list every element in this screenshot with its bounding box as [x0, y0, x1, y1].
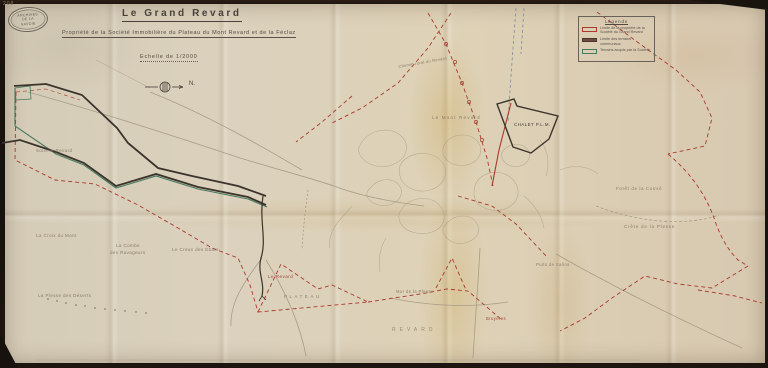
legend-swatch-green-outline	[582, 49, 597, 54]
map-label: Crête de la Plesse	[624, 224, 675, 229]
scanned-map-sheet: 208 ARCHIVESDE LASAVOIE Le Grand Revard …	[0, 0, 768, 368]
green-boundaries	[15, 86, 267, 207]
map-label: Le Revard	[268, 274, 293, 279]
sheet-number: 208	[3, 1, 14, 7]
map-label: Puits de Salins	[536, 262, 570, 267]
map-label: La Plesse des Déserts	[38, 293, 91, 298]
map-label: Sous le Revard	[36, 148, 72, 153]
legend-item-label: Terrains acquis par la Société	[600, 48, 650, 52]
legend-item: Terrains acquis par la Société	[579, 48, 654, 54]
legend-item-label: Limite des terrains communaux	[600, 37, 651, 46]
map-label: Bruyères	[486, 316, 506, 321]
north-compass: N.	[143, 78, 197, 96]
map-label: REVARD	[392, 327, 436, 333]
map-label: Le Creux des Ébats	[172, 247, 219, 252]
legend-swatch-red-outline	[582, 27, 597, 32]
map-scale-label: Echelle de 1/2000	[140, 54, 198, 62]
legend-items: Limite de la propriété de la Société du …	[579, 26, 654, 54]
legend-item-label: Limite de la propriété de la Société du …	[600, 26, 651, 35]
survey-dots	[47, 298, 146, 313]
map-label: Mur de la Plesse	[396, 289, 434, 294]
map-label: La Croix du Mont	[36, 233, 77, 238]
map-label: La Combe	[116, 243, 140, 248]
map-label: CHALET P.L.M.	[514, 122, 551, 127]
map-subtitle: Propriété de la Société Immobilière du P…	[62, 30, 296, 38]
map-label: Le Mont Revard	[432, 115, 481, 120]
legend-swatch-dark-line	[582, 38, 597, 42]
legend-box: Légende Limite de la propriété de la Soc…	[578, 16, 655, 62]
archive-stamp-line: SAVOIE	[18, 21, 39, 27]
legend-item: Limite de la propriété de la Société du …	[579, 26, 654, 35]
north-label: N.	[189, 81, 195, 87]
map-label: Forêt de la Comté	[616, 186, 662, 191]
map-title: Le Grand Revard	[122, 8, 242, 22]
legend-item: Limite des terrains communaux	[579, 37, 654, 46]
map-label: PLATEAU	[284, 294, 322, 299]
map-label: des Ravageurs	[110, 250, 145, 255]
archive-stamp-text: ARCHIVESDE LASAVOIE	[17, 12, 39, 26]
legend-title: Légende	[579, 19, 654, 24]
